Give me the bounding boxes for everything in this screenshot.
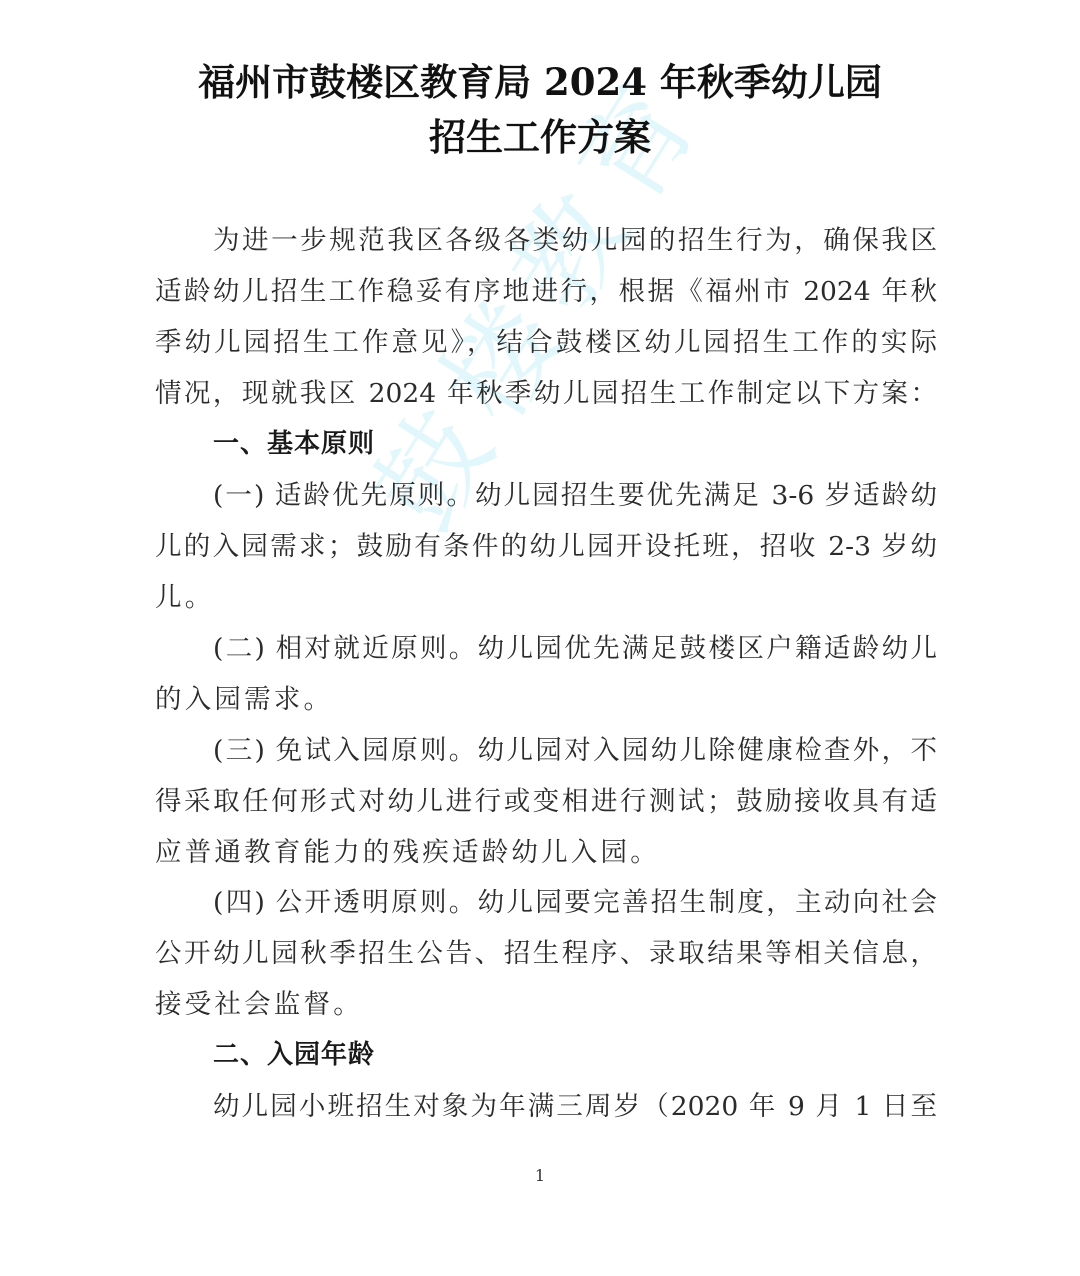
document-page: 鼓楼教育 福州市鼓楼区教育局 2024 年秋季幼儿园 招生工作方案 为进一步规范…: [0, 0, 1080, 1276]
principle-3-line: 得采取任何形式对幼儿进行或变相进行测试；鼓励接收具有适: [155, 785, 937, 819]
section-heading-basic-principles: 一、基本原则: [213, 427, 375, 461]
principle-1-line: 儿的入园需求；鼓励有条件的幼儿园开设托班，招收 2-3 岁幼: [155, 530, 937, 564]
principle-1-line: (一) 适龄优先原则。幼儿园招生要优先满足 3-6 岁适龄幼: [213, 479, 937, 513]
principle-4-line: (四) 公开透明原则。幼儿园要完善招生制度，主动向社会: [213, 886, 937, 920]
page-number: 1: [0, 1166, 1080, 1185]
intro-line: 情况，现就我区 2024 年秋季幼儿园招生工作制定以下方案：: [155, 377, 937, 411]
principle-1-line: 儿。: [155, 581, 937, 615]
document-title-line-1: 福州市鼓楼区教育局 2024 年秋季幼儿园: [0, 52, 1080, 106]
intro-line: 季幼儿园招生工作意见》，结合鼓楼区幼儿园招生工作的实际: [155, 326, 937, 360]
enrollment-age-line: 幼儿园小班招生对象为年满三周岁（2020 年 9 月 1 日至: [213, 1090, 937, 1124]
principle-2-line: (二) 相对就近原则。幼儿园优先满足鼓楼区户籍适龄幼儿: [213, 632, 937, 666]
intro-line: 适龄幼儿招生工作稳妥有序地进行，根据《福州市 2024 年秋: [155, 275, 937, 309]
intro-line: 为进一步规范我区各级各类幼儿园的招生行为，确保我区: [213, 224, 937, 258]
principle-2-line: 的入园需求。: [155, 683, 937, 717]
principle-4-line: 公开幼儿园秋季招生公告、招生程序、录取结果等相关信息，: [155, 937, 937, 971]
principle-3-line: (三) 免试入园原则。幼儿园对入园幼儿除健康检查外，不: [213, 734, 937, 768]
principle-4-line: 接受社会监督。: [155, 988, 937, 1022]
document-title-line-2: 招生工作方案: [0, 107, 1080, 161]
principle-3-line: 应普通教育能力的残疾适龄幼儿入园。: [155, 836, 937, 870]
section-heading-enrollment-age: 二、入园年龄: [213, 1038, 375, 1072]
